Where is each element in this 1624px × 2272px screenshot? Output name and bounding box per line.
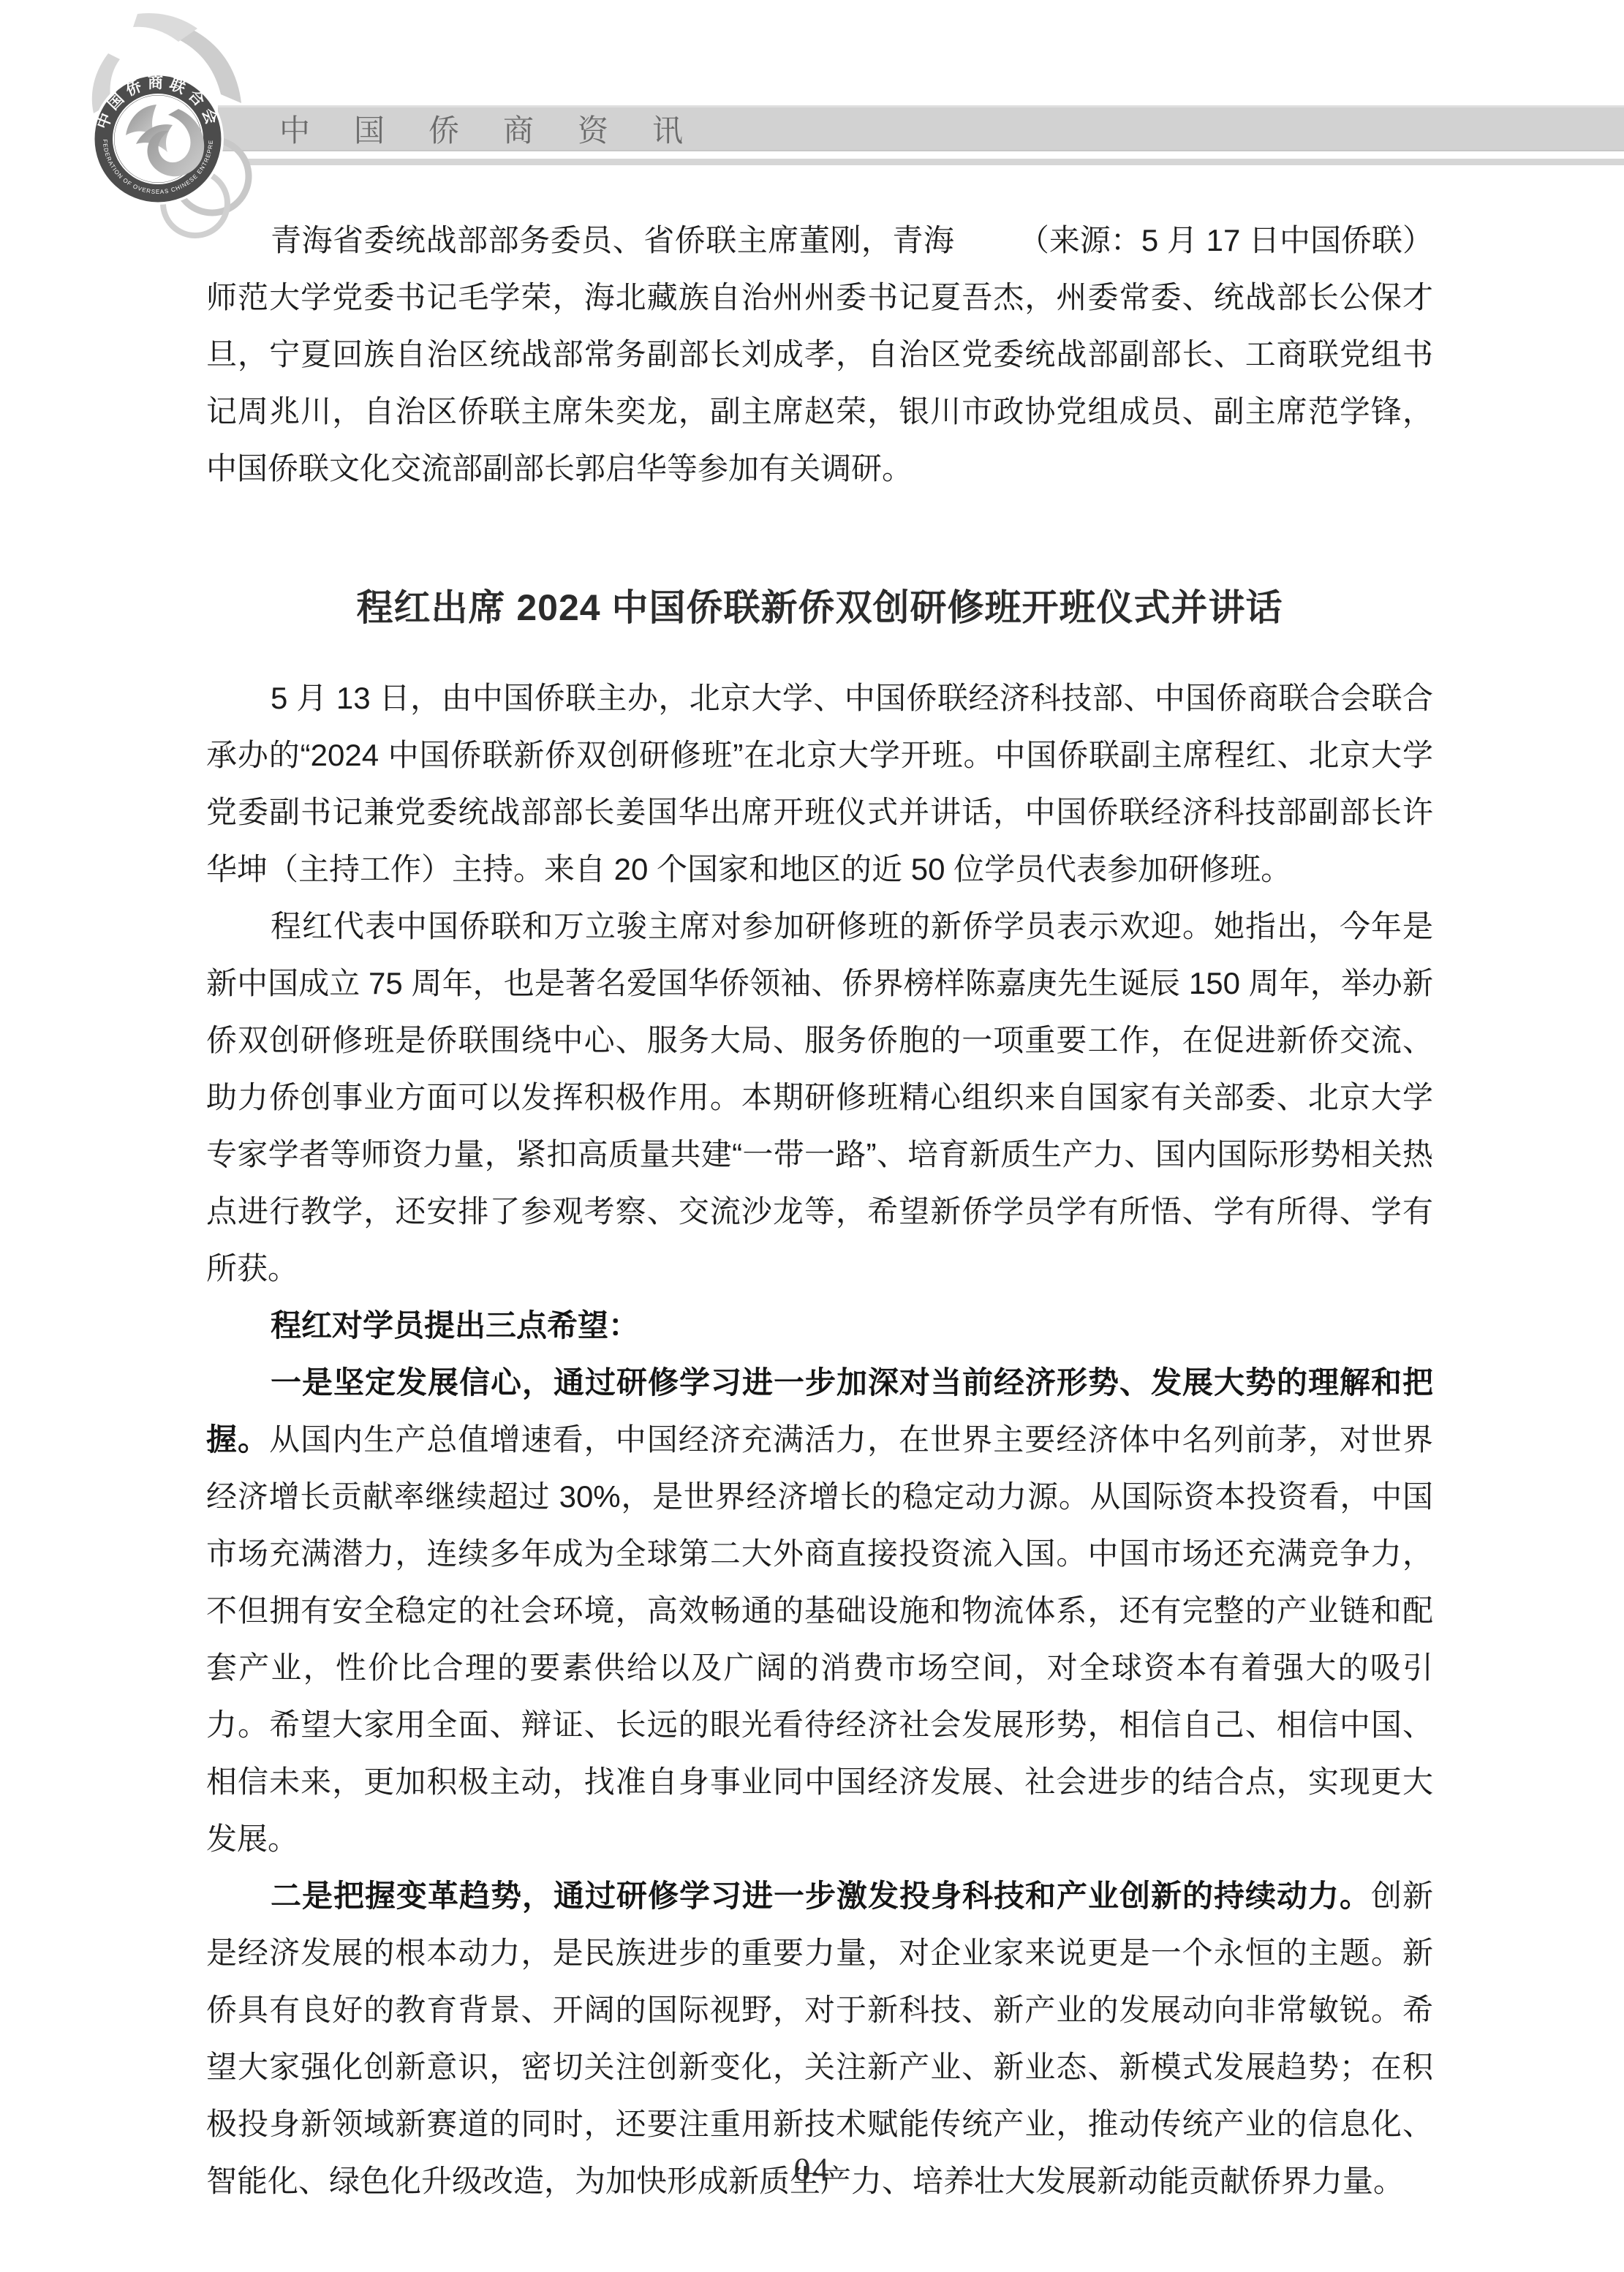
source-note: （来源：5 月 17 日中国侨联） (954, 212, 1433, 269)
logo-emblem-icon: 中国侨商联合会 CHINA FEDERATION OF OVERSEAS CHI… (29, 11, 322, 245)
article-body: （来源：5 月 17 日中国侨联）青海省委统战部部务委员、省侨联主席董刚，青海师… (206, 212, 1433, 2210)
paragraph-bold-text: 程红对学员提出三点希望： (271, 1308, 639, 1343)
article-heading: 程红出席 2024 中国侨联新侨双创研修班开班仪式并讲话 (206, 579, 1433, 636)
paragraph-text: 从国内生产总值增速看，中国经济充满活力，在世界主要经济体中名列前茅，对世界经济增… (206, 1422, 1433, 1856)
paragraph-text: 程红代表中国侨联和万立骏主席对参加研修班的新侨学员表示欢迎。她指出，今年是新中国… (206, 909, 1433, 1286)
article-paragraph: （来源：5 月 17 日中国侨联）青海省委统战部部务委员、省侨联主席董刚，青海师… (206, 212, 1433, 497)
article-paragraph: 一是坚定发展信心，通过研修学习进一步加深对当前经济形势、发展大势的理解和把握。从… (206, 1354, 1433, 1868)
article-paragraph: 程红代表中国侨联和万立骏主席对参加研修班的新侨学员表示欢迎。她指出，今年是新中国… (206, 898, 1433, 1297)
page-banner-title: 中国侨商资讯 (279, 105, 727, 151)
header-bar-accent (243, 159, 1624, 165)
page-number: 04 (0, 2150, 1624, 2189)
paragraph-bold-text: 二是把握变革趋势，通过研修学习进一步激发投身科技和产业创新的持续动力。 (271, 1879, 1371, 1913)
paragraph-text: 5 月 13 日，由中国侨联主办，北京大学、中国侨联经济科技部、中国侨商联合会联… (206, 681, 1433, 886)
article-paragraph: 5 月 13 日，由中国侨联主办，北京大学、中国侨联经济科技部、中国侨商联合会联… (206, 670, 1433, 898)
article-paragraph: 程红对学员提出三点希望： (206, 1297, 1433, 1354)
organization-logo: 中国侨商联合会 CHINA FEDERATION OF OVERSEAS CHI… (29, 11, 322, 245)
